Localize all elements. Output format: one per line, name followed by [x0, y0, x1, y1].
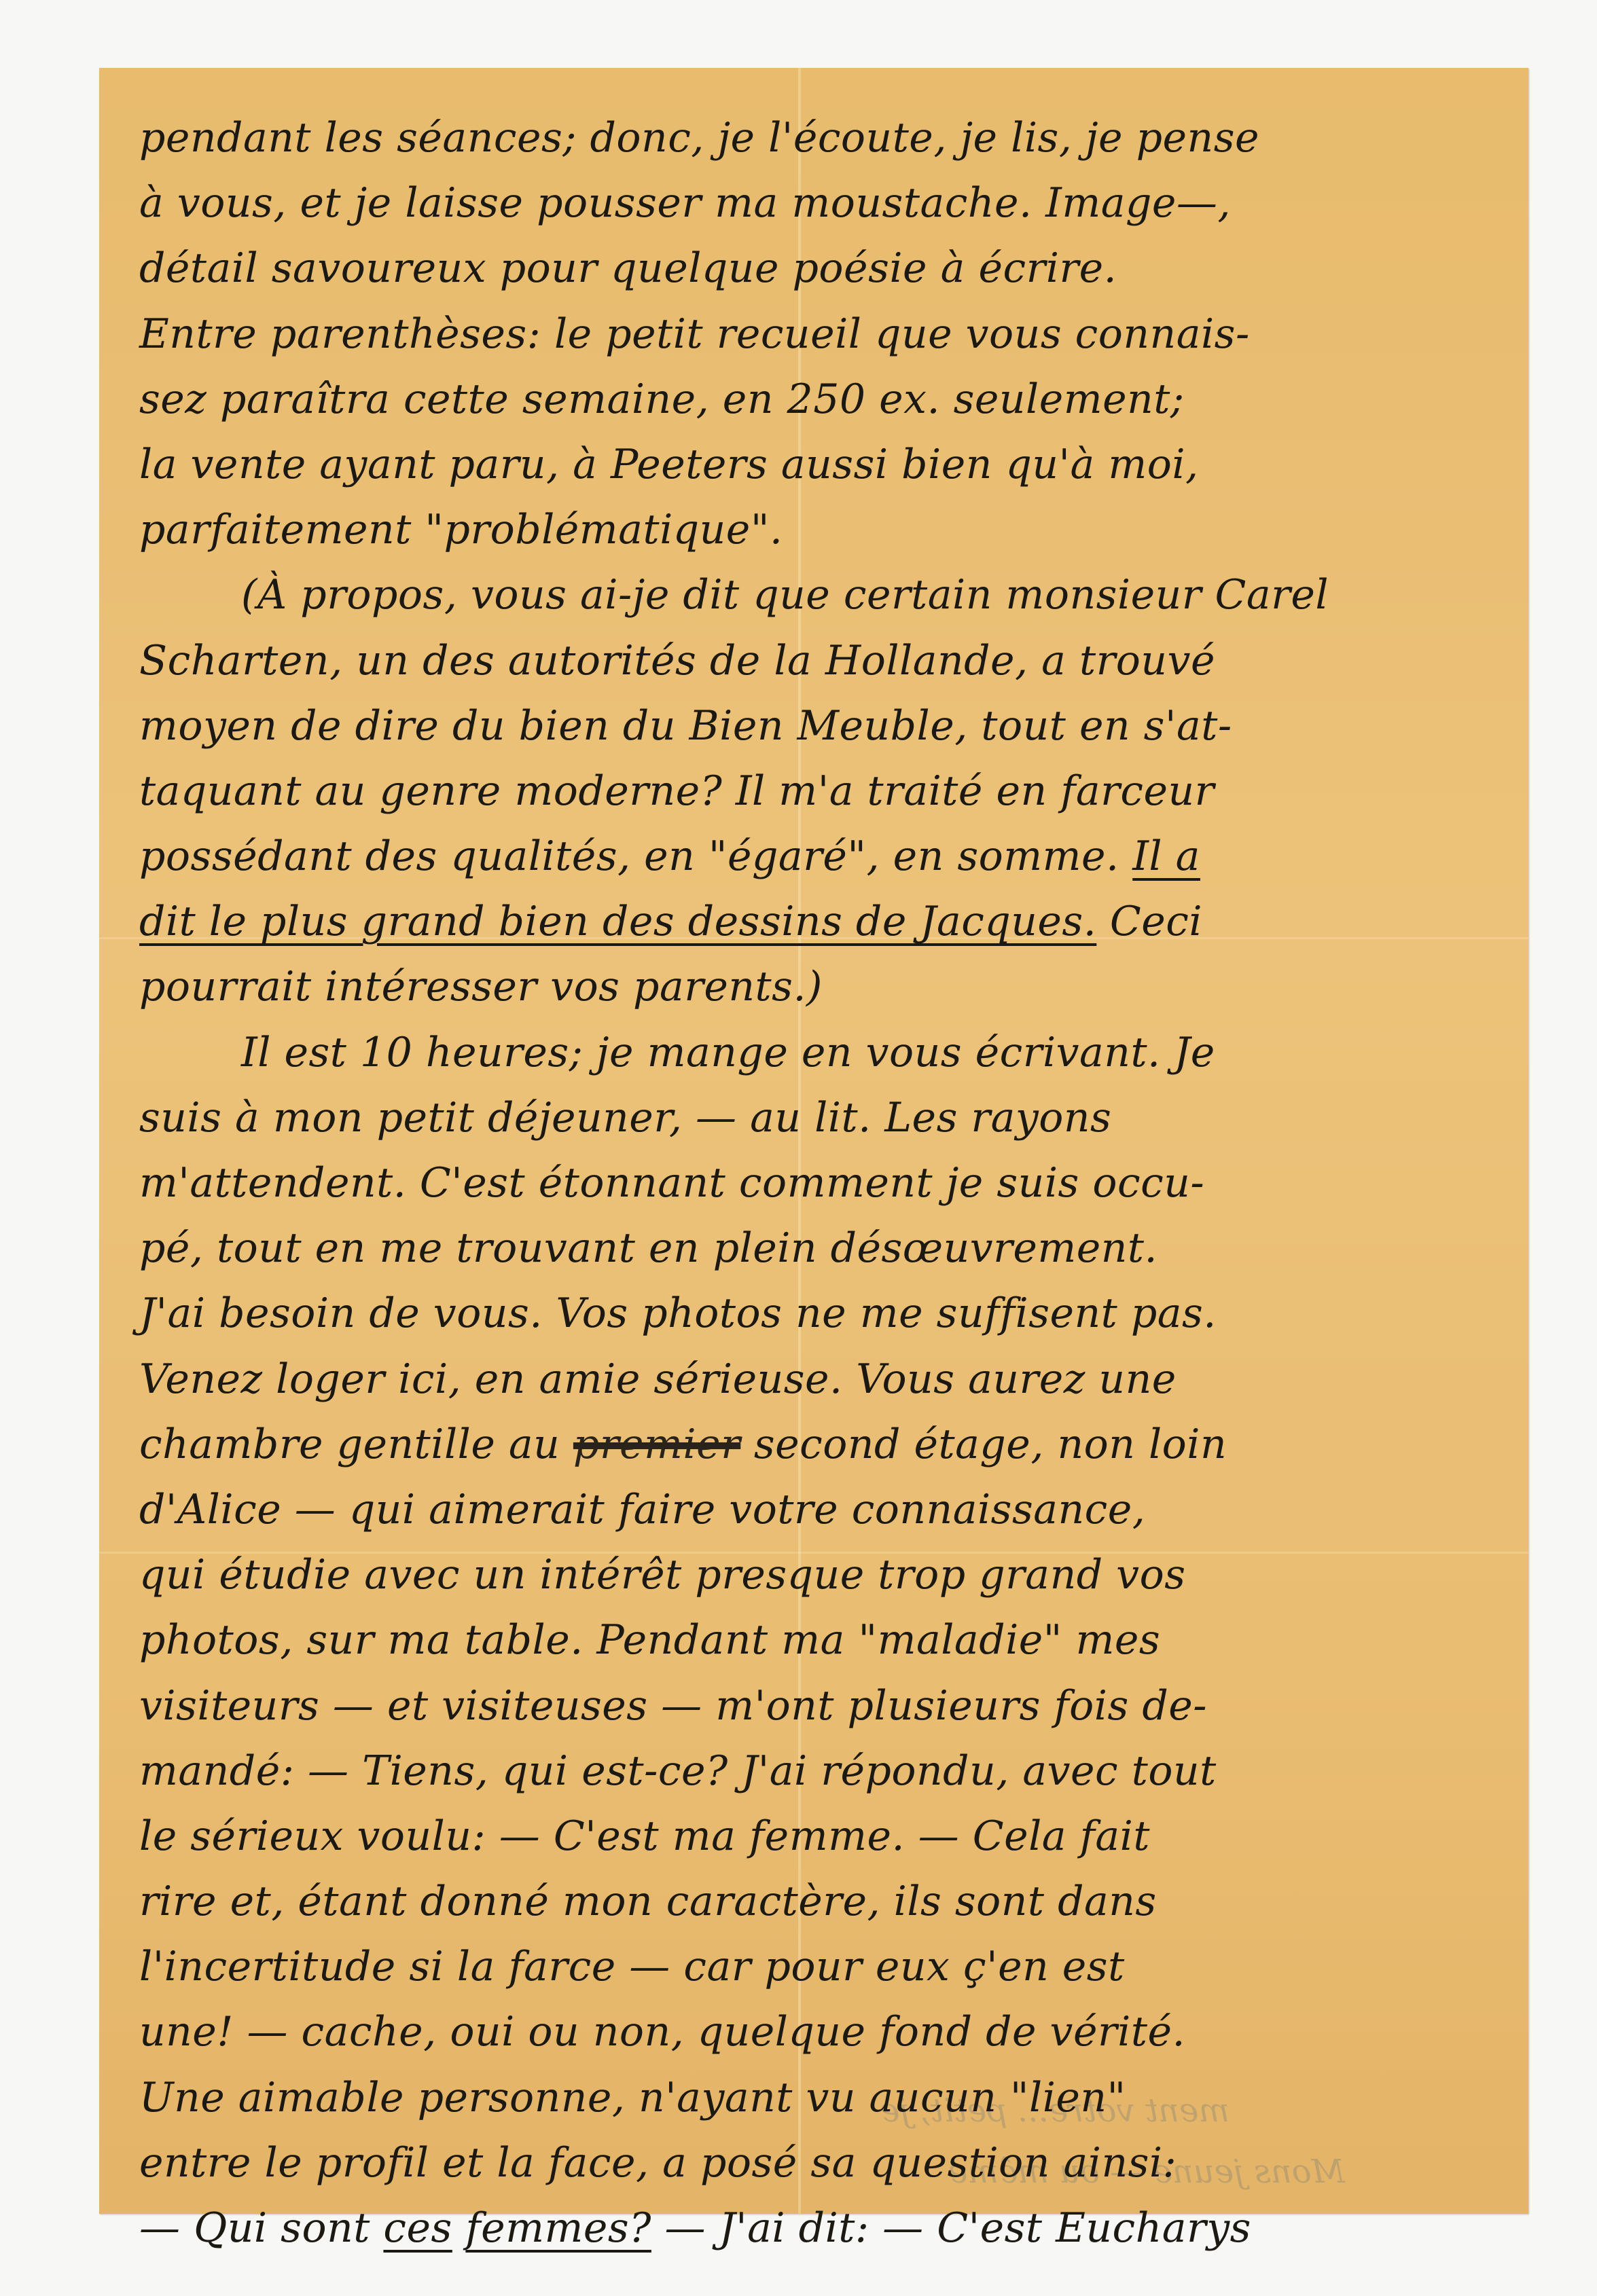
- text-span: — J'ai dit: — C'est Eucharys: [664, 2204, 1251, 2252]
- text-line: Il est 10 heures; je mange en vous écriv…: [139, 1020, 1403, 1085]
- text-line: dit le plus grand bien des dessins de Ja…: [139, 889, 1403, 954]
- text-line: taquant au genre moderne? Il m'a traité …: [139, 759, 1403, 824]
- text-line: photos, sur ma table. Pendant ma "maladi…: [139, 1607, 1403, 1673]
- text-line: le sérieux voulu: — C'est ma femme. — Ce…: [139, 1804, 1403, 1869]
- text-line: Scharten, un des autorités de la Holland…: [139, 628, 1403, 693]
- text-span: possédant des qualités, en "égaré", en s…: [139, 833, 1119, 880]
- letter-body: pendant les séances; donc, je l'écoute, …: [139, 105, 1403, 2261]
- text-line: pé, tout en me trouvant en plein désœuvr…: [139, 1216, 1403, 1281]
- text-span: — Qui sont: [139, 2204, 370, 2252]
- text-line: chambre gentille au premier second étage…: [139, 1412, 1403, 1477]
- text-span: second étage, non loin: [754, 1421, 1227, 1468]
- text-line: Entre parenthèses: le petit recueil que …: [139, 302, 1403, 367]
- underlined-text: ces: [383, 2204, 452, 2252]
- underlined-text: femmes?: [465, 2204, 651, 2252]
- text-line: suis à mon petit déjeuner, — au lit. Les…: [139, 1085, 1403, 1150]
- text-line: visiteurs — et visiteuses — m'ont plusie…: [139, 1673, 1403, 1738]
- text-line: (À propos, vous ai-je dit que certain mo…: [139, 562, 1403, 627]
- text-line: Venez loger ici, en amie sérieuse. Vous …: [139, 1347, 1403, 1412]
- text-line: détail savoureux pour quelque poésie à é…: [139, 236, 1403, 301]
- text-line: pourrait intéresser vos parents.): [139, 954, 1403, 1019]
- underlined-text: Il a: [1132, 833, 1200, 880]
- text-line: mandé: — Tiens, qui est-ce? J'ai répondu…: [139, 1738, 1403, 1804]
- text-line: entre le profil et la face, a posé sa qu…: [139, 2130, 1403, 2195]
- text-line: parfaitement "problématique".: [139, 497, 1403, 562]
- text-span: Ceci: [1110, 898, 1202, 945]
- text-line: qui étudie avec un intérêt presque trop …: [139, 1542, 1403, 1607]
- text-line: Une aimable personne, n'ayant vu aucun "…: [139, 2065, 1403, 2130]
- text-line: d'Alice — qui aimerait faire votre conna…: [139, 1477, 1403, 1542]
- text-line: la vente ayant paru, à Peeters aussi bie…: [139, 432, 1403, 497]
- text-line: possédant des qualités, en "égaré", en s…: [139, 824, 1403, 889]
- text-line: à vous, et je laisse pousser ma moustach…: [139, 170, 1403, 236]
- text-line: J'ai besoin de vous. Vos photos ne me su…: [139, 1281, 1403, 1346]
- text-line: pendant les séances; donc, je l'écoute, …: [139, 105, 1403, 170]
- text-line: — Qui sont ces femmes? — J'ai dit: — C'e…: [139, 2195, 1403, 2261]
- text-line: rire et, étant donné mon caractère, ils …: [139, 1869, 1403, 1934]
- text-line: moyen de dire du bien du Bien Meuble, to…: [139, 693, 1403, 759]
- text-span: chambre gentille au: [139, 1421, 560, 1468]
- underlined-text: dit le plus grand bien des dessins de Ja…: [139, 898, 1096, 945]
- text-line: une! — cache, oui ou non, quelque fond d…: [139, 1999, 1403, 2064]
- struck-out-word: premier: [573, 1421, 740, 1468]
- text-line: m'attendent. C'est étonnant comment je s…: [139, 1150, 1403, 1216]
- text-line: sez paraîtra cette semaine, en 250 ex. s…: [139, 367, 1403, 432]
- text-line: l'incertitude si la farce — car pour eux…: [139, 1934, 1403, 1999]
